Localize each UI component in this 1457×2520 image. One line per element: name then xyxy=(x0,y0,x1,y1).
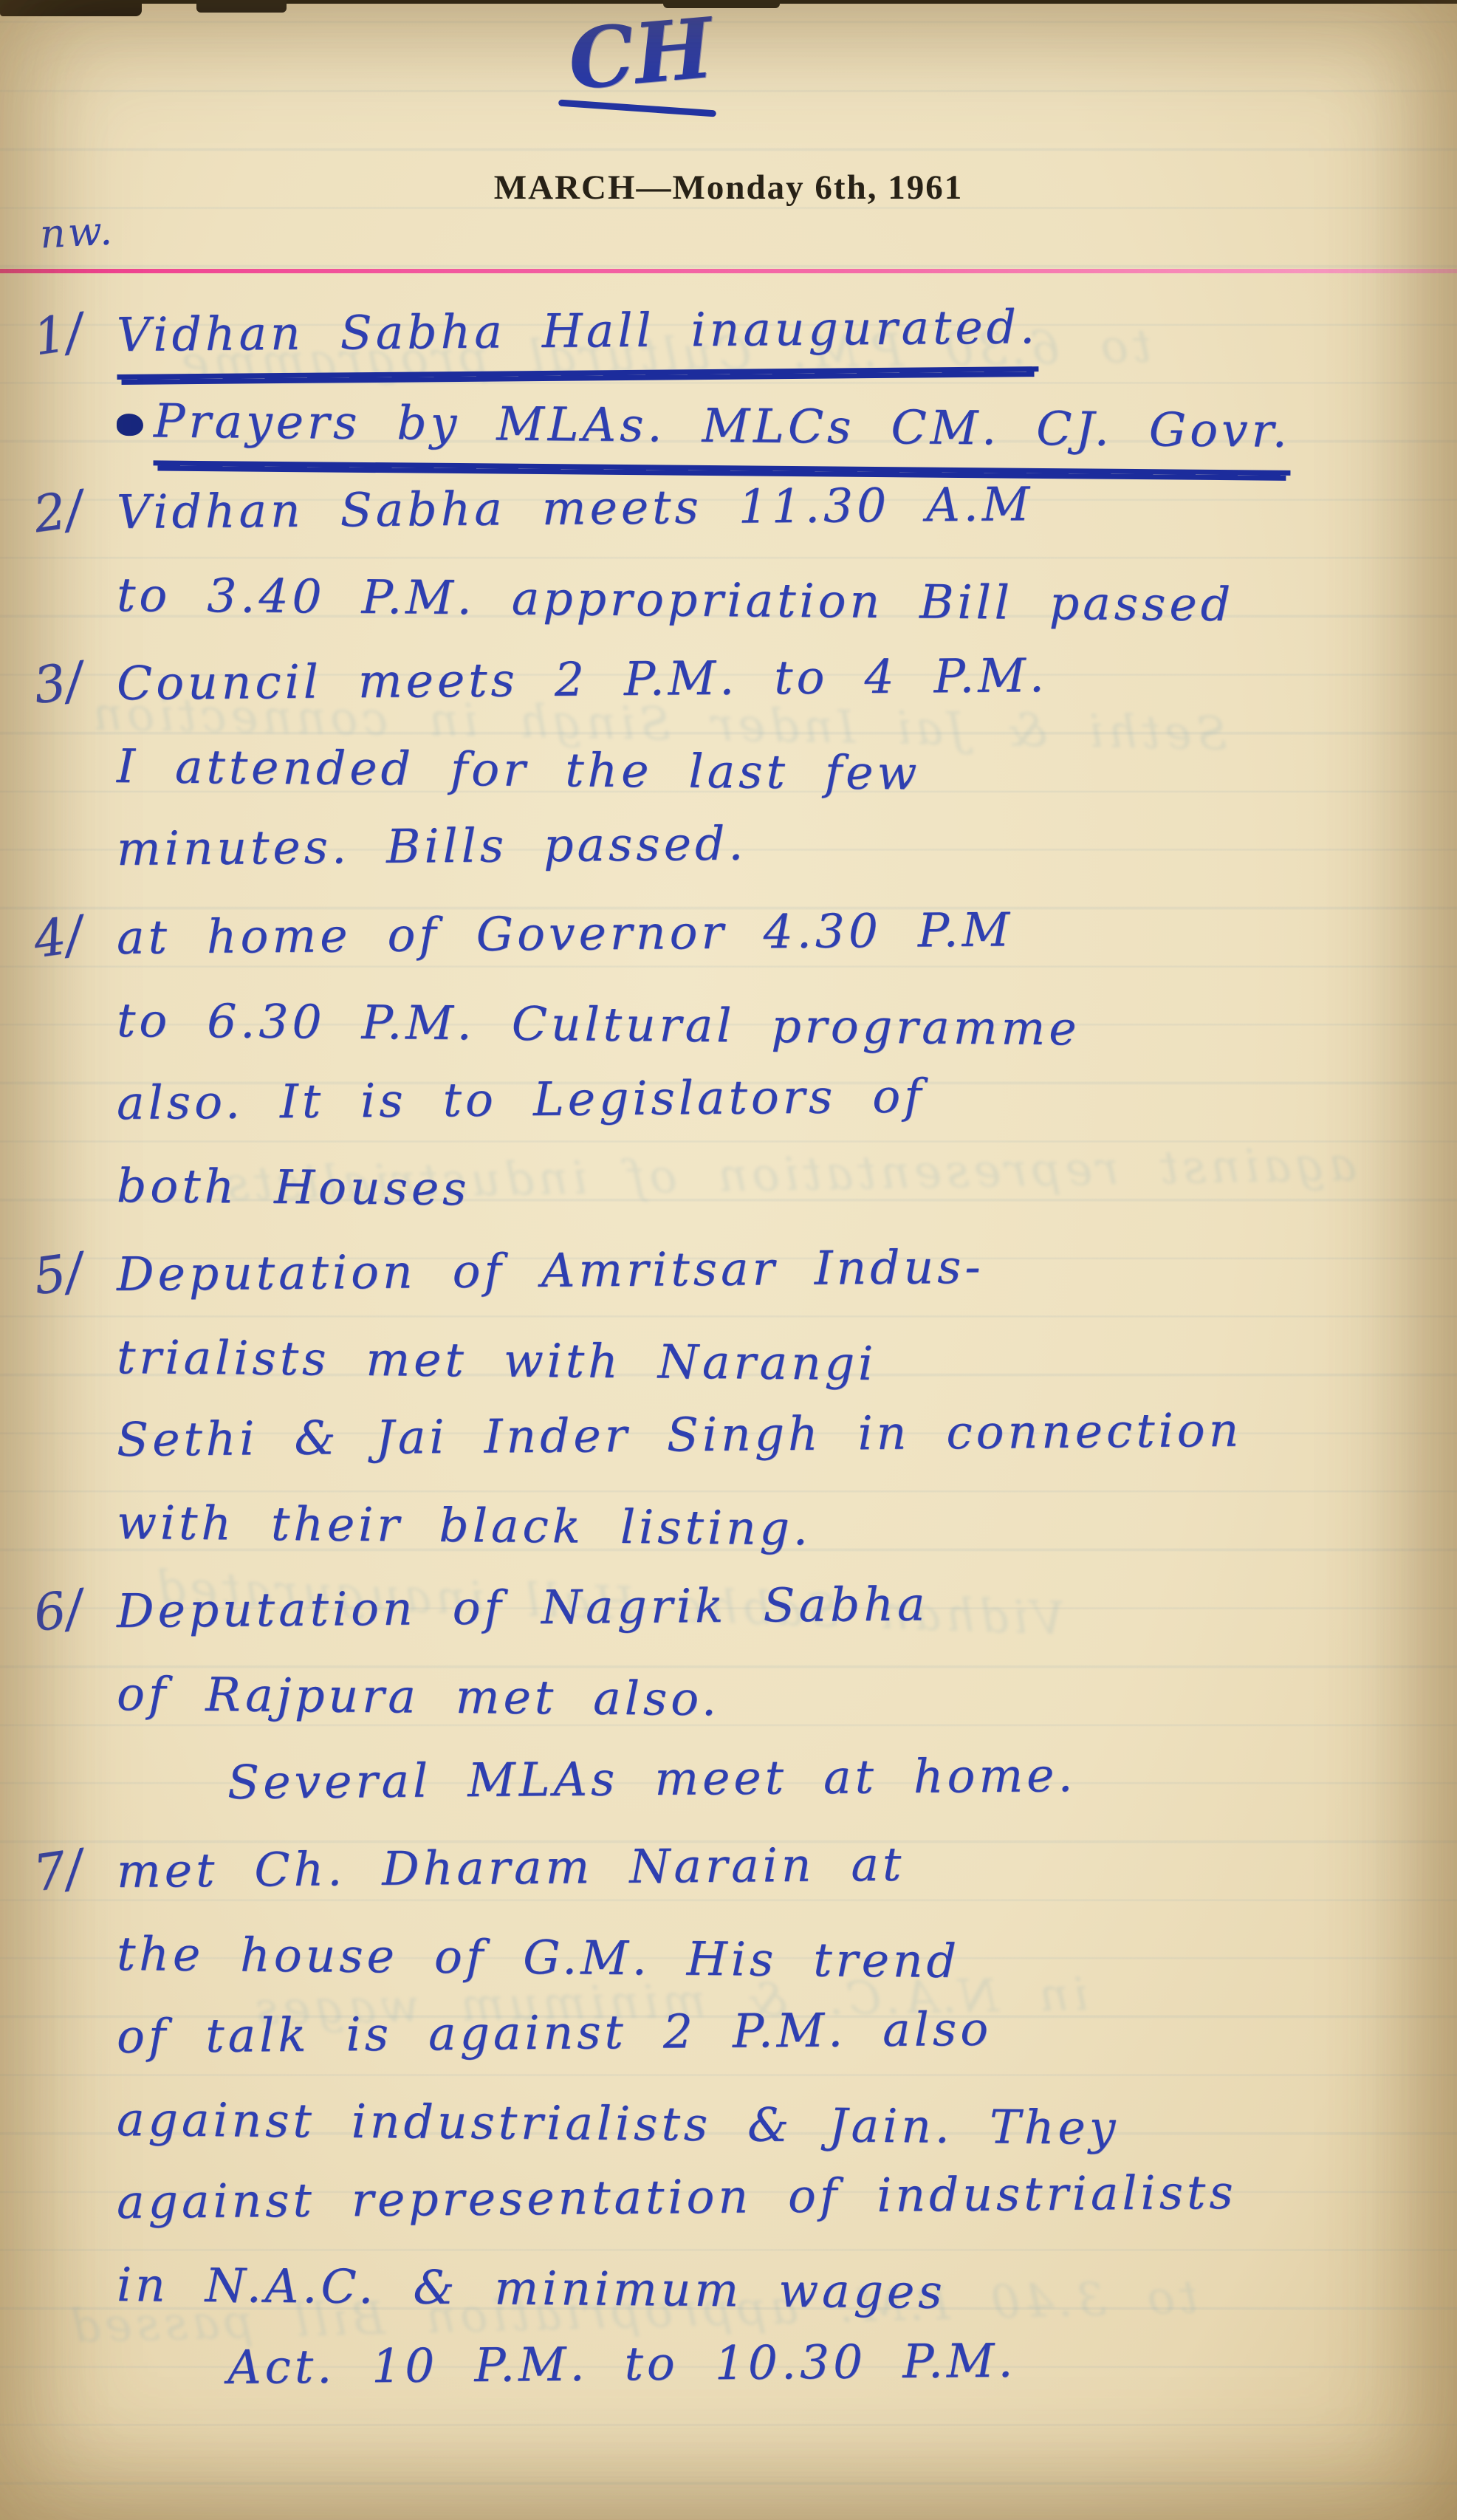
entry-number: 6/ xyxy=(0,1563,122,1661)
entry-line: also. It is to Legislators of xyxy=(117,1050,1436,1145)
entry-line: Act. 10 P.M. to 10.30 P.M. xyxy=(227,2316,1436,2409)
entry-line: Deputation of Nagrik Sabha xyxy=(117,1558,1436,1653)
entry-line: met Ch. Dharam Narain at xyxy=(117,1818,1436,1913)
entry-line: Sethi & Jai Inder Singh in connection xyxy=(117,1387,1436,1482)
entry-number: 4/ xyxy=(0,889,122,987)
entry-number: 2/ xyxy=(0,464,122,562)
entry-line: Council meets 2 P.M. to 4 P.M. xyxy=(117,631,1436,725)
entry-7: 7/ met Ch. Dharam Narain at the house of… xyxy=(0,1830,1435,2409)
entry-number: 3/ xyxy=(0,635,122,733)
entry-1: 1/ Vidhan Sabha Hall inaugurated. Prayer… xyxy=(0,294,1435,465)
chapter-mark: CH xyxy=(565,7,716,103)
entry-number xyxy=(1,1733,116,1750)
entry-5: 5/ Deputation of Amritsar Indus- trialis… xyxy=(0,1233,1435,1564)
margin-note: nw. xyxy=(39,210,115,254)
entry-line: against representation of industrialists xyxy=(117,2149,1436,2244)
entry-number: 1/ xyxy=(0,287,122,385)
entry-line: minutes. Bills passed. xyxy=(117,796,1436,891)
entry-line: Vidhan Sabha Hall inaugurated. xyxy=(116,282,1435,380)
entry-3: 3/ Council meets 2 P.M. to 4 P.M. I atte… xyxy=(0,643,1435,891)
entry-line: Vidhan Sabha meets 11.30 A.M xyxy=(117,459,1436,554)
entry-line: at home of Governor 4.30 P.M xyxy=(117,885,1436,979)
entry-number: 5/ xyxy=(0,1226,122,1324)
diary-entries: 1/ Vidhan Sabha Hall inaugurated. Prayer… xyxy=(0,294,1435,2415)
entry-6: 6/ Deputation of Nagrik Sabha of Rajpura… xyxy=(0,1570,1435,1736)
scan-edge-mark xyxy=(0,0,142,16)
pink-rule xyxy=(0,269,1457,273)
entry-2: 2/ Vidhan Sabha meets 11.30 A.M to 3.40 … xyxy=(0,471,1435,637)
ink-blot xyxy=(117,414,143,436)
printed-date-heading: MARCH—Monday 6th, 1961 xyxy=(0,167,1457,208)
entry-line: Deputation of Amritsar Indus- xyxy=(117,1222,1436,1316)
diary-page-scan: { "page": { "chapter_mark": "CH", "date_… xyxy=(0,0,1457,2520)
entry-number: 7/ xyxy=(0,1823,122,1921)
scan-edge-mark xyxy=(196,0,287,13)
entry-4: 4/ at home of Governor 4.30 P.M to 6.30 … xyxy=(0,897,1435,1228)
entry-unnumbered: Several MLAs meet at home. xyxy=(0,1742,1435,1824)
entry-line: Several MLAs meet at home. xyxy=(227,1731,1436,1824)
entry-line: of talk is against 2 P.M. also xyxy=(117,1984,1436,2078)
